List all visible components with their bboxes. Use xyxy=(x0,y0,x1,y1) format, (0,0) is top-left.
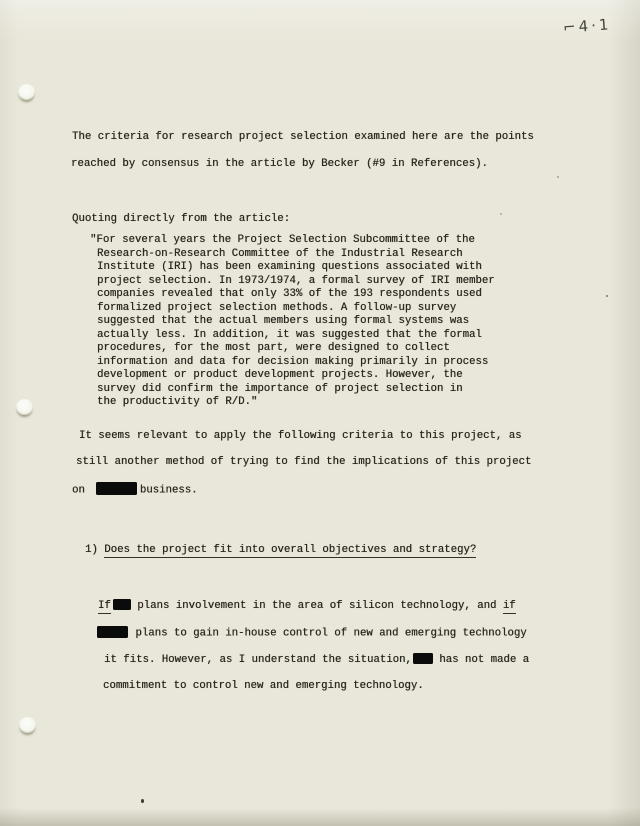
section-1-heading: 1) Does the project fit into overall obj… xyxy=(85,544,476,557)
quote-line: information and data for decision making… xyxy=(97,356,495,370)
section-1-line-2: plans to gain in-house control of new an… xyxy=(97,626,527,641)
paper-speck xyxy=(500,213,502,215)
quote-line: survey did confirm the importance of pro… xyxy=(97,383,495,397)
section-1-line-3-after: has not made a xyxy=(433,654,529,666)
paper-speck xyxy=(557,176,559,178)
quote-line: actually less. In addition, it was sugge… xyxy=(97,329,495,343)
relevance-line-3: onbusiness. xyxy=(72,482,198,498)
punch-hole-middle xyxy=(16,399,33,415)
block-quote: "For several years the Project Selection… xyxy=(97,234,495,410)
section-1-line-3-before: it fits. However, as I understand the si… xyxy=(104,654,412,666)
intro-line-1: The criteria for research project select… xyxy=(72,131,534,144)
scanned-page: ⌐4·1 The criteria for research project s… xyxy=(0,0,640,826)
relevance-line-3-before: on xyxy=(72,485,85,497)
quote-line: Institute (IRI) has been examining quest… xyxy=(97,261,495,275)
quote-line: "For several years the Project Selection… xyxy=(97,234,495,248)
redaction-box xyxy=(97,626,128,638)
section-1-line-3: it fits. However, as I understand the si… xyxy=(104,653,529,667)
quote-line: formalized project selection methods. A … xyxy=(97,302,495,316)
redaction-box xyxy=(113,599,131,610)
redaction-box xyxy=(413,653,433,664)
emphasis-if: If xyxy=(98,600,111,614)
section-1-heading-text: Does the project fit into overall object… xyxy=(104,544,476,558)
intro-line-2: reached by consensus in the article by B… xyxy=(71,158,488,171)
redaction-box xyxy=(96,482,137,495)
quote-line: development or product development proje… xyxy=(97,369,495,383)
relevance-line-3-after: business. xyxy=(140,485,198,497)
quote-line: project selection. In 1973/1974, a forma… xyxy=(97,275,495,289)
quote-line: Research-on-Research Committee of the In… xyxy=(97,248,495,262)
section-1-line-1: If plans involvement in the area of sili… xyxy=(98,599,516,613)
punch-hole-bottom xyxy=(19,717,36,733)
section-1-number: 1) xyxy=(85,544,104,556)
handwritten-page-number: ⌐4·1 xyxy=(562,15,612,36)
section-1-line-1-mid: plans involvement in the area of silicon… xyxy=(131,600,503,612)
punch-hole-top xyxy=(18,84,35,100)
section-1-line-4: commitment to control new and emerging t… xyxy=(103,680,424,693)
relevance-line-2: still another method of trying to find t… xyxy=(76,456,531,469)
relevance-line-1: It seems relevant to apply the following… xyxy=(79,430,522,443)
quote-line: the productivity of R/D." xyxy=(97,396,495,410)
quote-line: companies revealed that only 33% of the … xyxy=(97,288,495,302)
emphasis-if-2: if xyxy=(503,600,516,614)
paper-speck xyxy=(141,799,144,803)
quote-line: procedures, for the most part, were desi… xyxy=(97,342,495,356)
paper-speck xyxy=(606,295,608,297)
section-1-line-2-text: plans to gain in-house control of new an… xyxy=(129,628,527,640)
quote-line: suggested that the actual members using … xyxy=(97,315,495,329)
quote-intro-line: Quoting directly from the article: xyxy=(72,213,290,226)
